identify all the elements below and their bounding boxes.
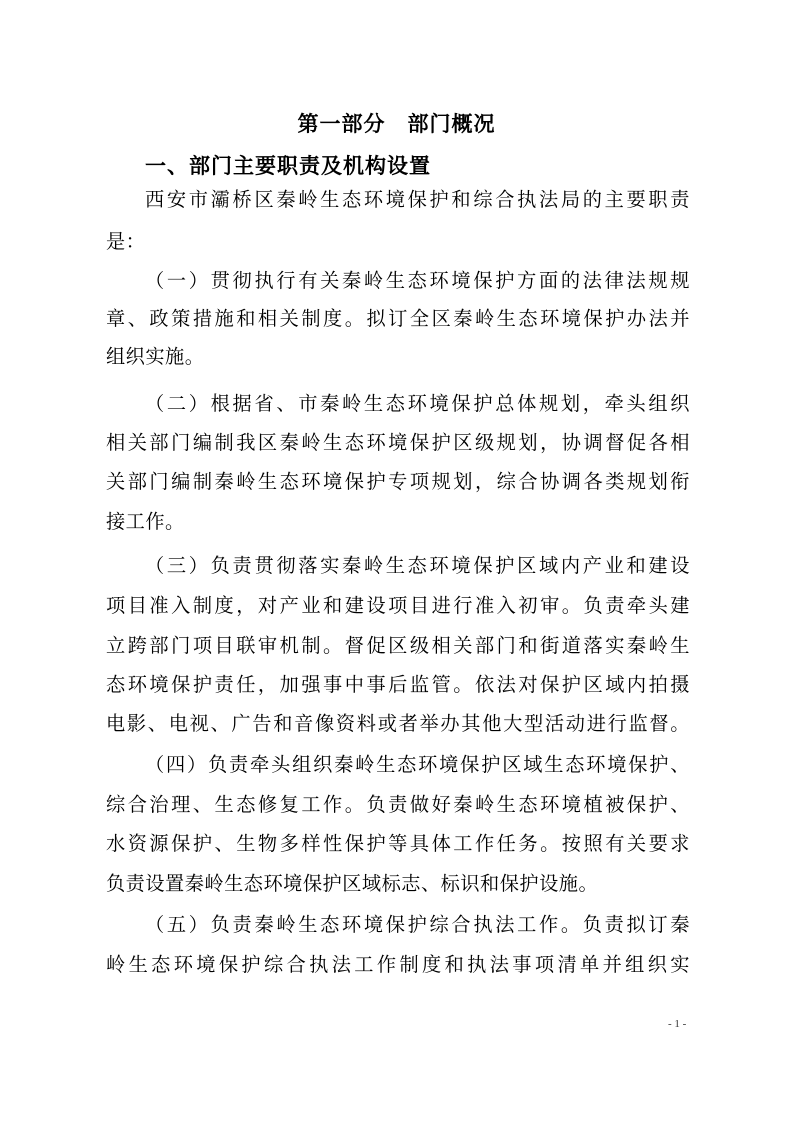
paragraph-line: 关部门编制秦岭生态环境保护专项规划，综合协调各类规划衔 (106, 470, 690, 494)
paragraph-line: 综合治理、生态修复工作。负责做好秦岭生态环境植被保护、 (106, 793, 690, 817)
paragraph-line: 负责设置秦岭生态环境保护区域标志、标识和保护设施。 (106, 872, 690, 896)
paragraph-line: 相关部门编制我区秦岭生态环境保护区级规划，协调督促各相 (106, 431, 690, 455)
paragraph-line: 立跨部门项目联审机制。督促区级相关部门和街道落实秦岭生 (106, 634, 690, 658)
paragraph-line: （五）负责秦岭生态环境保护综合执法工作。负责拟订秦 (145, 913, 690, 937)
paragraph-line: （二）根据省、市秦岭生态环境保护总体规划，牵头组织 (145, 392, 690, 416)
page-number: - 1 - (668, 1018, 686, 1030)
paragraph-line: （三）负责贯彻落实秦岭生态环境保护区域内产业和建设 (145, 554, 690, 578)
paragraph-line: （四）负责牵头组织秦岭生态环境保护区域生态环境保护、 (145, 753, 690, 777)
paragraph-line: 组织实施。 (106, 345, 690, 369)
paragraph-line: 电影、电视、广告和音像资料或者举办其他大型活动进行监督。 (106, 712, 690, 736)
paragraph-line: 接工作。 (106, 510, 690, 534)
paragraph-line: （一）贯彻执行有关秦岭生态环境保护方面的法律法规规 (145, 269, 690, 293)
paragraph-line: 项目准入制度，对产业和建设项目进行准入初审。负责牵头建 (106, 594, 690, 618)
paragraph-line: 水资源保护、生物多样性保护等具体工作任务。按照有关要求 (106, 832, 690, 856)
document-page: 第一部分部门概况 一、部门主要职责及机构设置 西安市灞桥区秦岭生态环境保护和综合… (0, 0, 793, 1122)
title-name: 部门概况 (408, 112, 496, 136)
paragraph-line: 态环境保护责任，加强事中事后监管。依法对保护区域内拍摄 (106, 673, 690, 697)
paragraph-line: 岭生态环境保护综合执法工作制度和执法事项清单并组织实 (106, 953, 690, 977)
paragraph-line: 是： (106, 230, 690, 254)
paragraph-line: 西安市灞桥区秦岭生态环境保护和综合执法局的主要职责 (145, 188, 690, 212)
page-title: 第一部分部门概况 (0, 108, 793, 138)
paragraph-line: 章、政策措施和相关制度。拟订全区秦岭生态环境保护办法并 (106, 307, 690, 331)
title-part: 第一部分 (298, 112, 386, 136)
section-heading: 一、部门主要职责及机构设置 (145, 150, 431, 180)
